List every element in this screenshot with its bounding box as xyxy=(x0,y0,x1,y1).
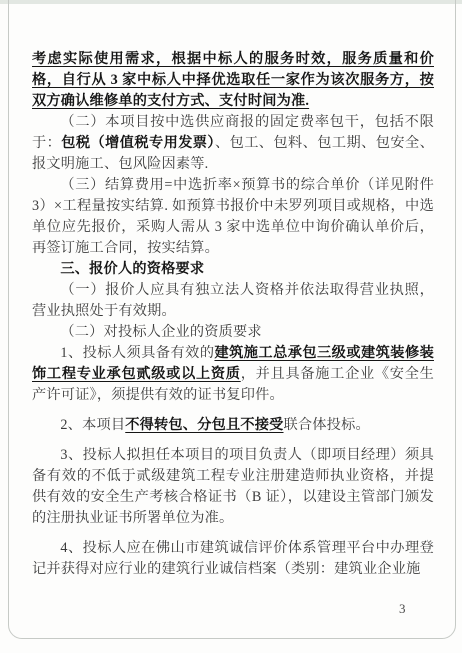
paragraph: 4、投标人应在佛山市建筑诚信评价体系管理平台中办理登记并获得对应行业的建筑行业诚… xyxy=(32,538,434,580)
text-segment: （二）对投标人企业的资质要求 xyxy=(60,324,261,340)
text-segment: 不得转包、分包且不接受 xyxy=(125,417,283,433)
paragraph: （一）报价人应具有独立法人资格并依法取得营业执照，营业执照处于有效期。 xyxy=(32,280,434,322)
text-segment: （三）结算费用=中选折率×预算书的综合单价（详见附件3）×工程量按实结算. 如预… xyxy=(32,177,434,256)
text-segment: 4、投标人应在佛山市建筑诚信评价体系管理平台中办理登记并获得对应行业的建筑行业诚… xyxy=(32,540,434,577)
page-number: 3 xyxy=(399,601,406,617)
text-segment: 联合体投标。 xyxy=(284,417,370,433)
text-segment: 考虑实际使用需求，根据中标人的服务时效，服务质量和价格，自行从 3 家中标人中择… xyxy=(32,51,434,109)
document-body: 考虑实际使用需求，根据中标人的服务时效，服务质量和价格，自行从 3 家中标人中择… xyxy=(32,49,434,580)
scan-top-edge xyxy=(0,0,462,4)
paragraph: 考虑实际使用需求，根据中标人的服务时效，服务质量和价格，自行从 3 家中标人中择… xyxy=(32,49,434,112)
text-segment: 2、本项目 xyxy=(60,417,125,433)
text-segment: 1、投标人须具备有效的 xyxy=(60,345,214,361)
paragraph: （三）结算费用=中选折率×预算书的综合单价（详见附件3）×工程量按实结算. 如预… xyxy=(32,175,434,259)
paragraph: 1、投标人须具备有效的建筑施工总承包三级或建筑装修装饰工程专业承包贰级或以上资质… xyxy=(32,343,434,406)
text-segment: 包税（增值税专用发票） xyxy=(61,135,215,151)
text-segment: 3、投标人拟担任本项目的项目负责人（即项目经理）须具备有效的不低于贰级建筑工程专… xyxy=(32,447,434,526)
text-segment: 三、报价人的资格要求 xyxy=(60,261,204,277)
scanned-document: { "document": { "language": "zh-CN", "pa… xyxy=(0,0,462,653)
text-segment: （一）报价人应具有独立法人资格并依法取得营业执照，营业执照处于有效期。 xyxy=(32,282,434,319)
paragraph: 3、投标人拟担任本项目的项目负责人（即项目经理）须具备有效的不低于贰级建筑工程专… xyxy=(32,445,434,529)
paragraph: （二）本项目按中选供应商报的固定费率包干，包括不限于：包税（增值税专用发票）、包… xyxy=(32,112,434,175)
paragraph: （二）对投标人企业的资质要求 xyxy=(32,322,434,343)
paragraph: 2、本项目不得转包、分包且不接受联合体投标。 xyxy=(32,415,434,436)
paragraph: 三、报价人的资格要求 xyxy=(32,259,434,280)
